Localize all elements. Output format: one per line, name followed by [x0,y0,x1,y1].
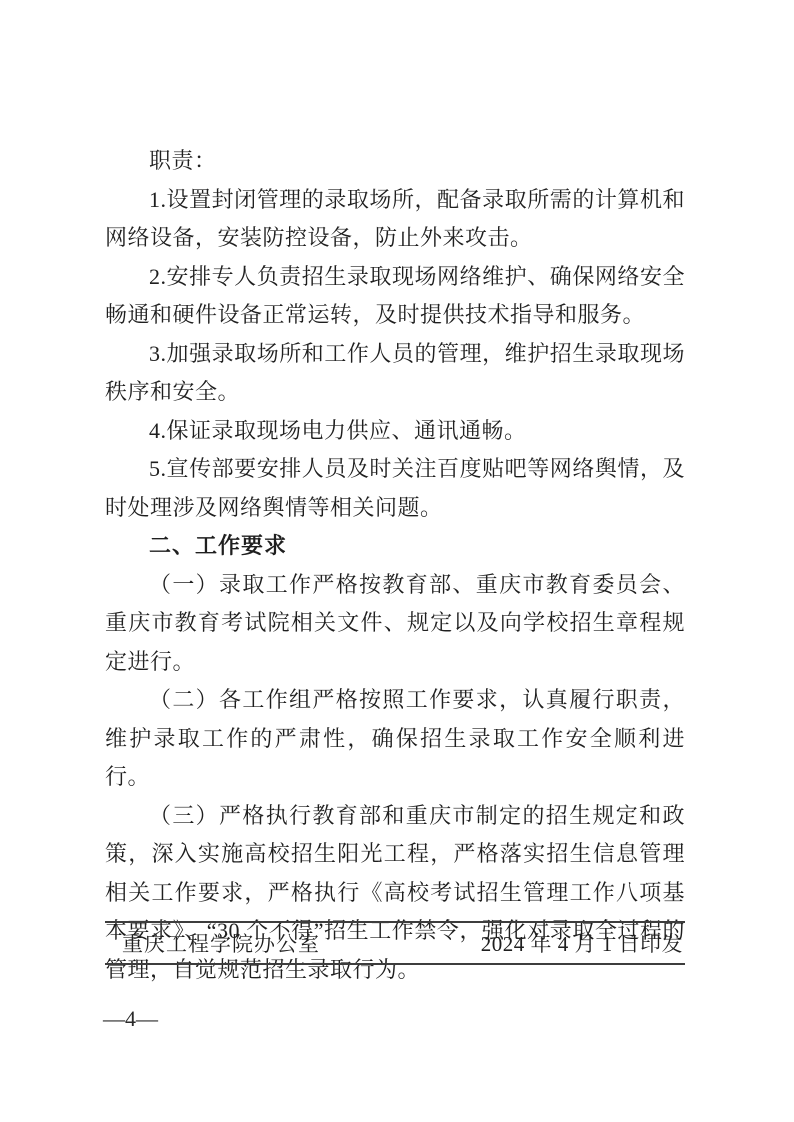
document-page: 职责： 1.设置封闭管理的录取场所，配备录取所需的计算机和网络设备，安装防控设备… [0,0,794,1122]
paragraph-duty-3: 3.加强录取场所和工作人员的管理，维护招生录取现场秩序和安全。 [105,335,685,412]
paragraph-requirement-2: （二）各工作组严格按照工作要求，认真履行职责，维护录取工作的严肃性，确保招生录取… [105,681,685,797]
paragraph-duty-2: 2.安排专人负责招生录取现场网络维护、确保网络安全畅通和硬件设备正常运转，及时提… [105,258,685,335]
document-body: 职责： 1.设置封闭管理的录取场所，配备录取所需的计算机和网络设备，安装防控设备… [105,142,685,989]
paragraph-duties-label: 职责： [105,142,685,181]
section-heading-work-requirements: 二、工作要求 [105,527,685,566]
paragraph-duty-5: 5.宣传部要安排人员及时关注百度贴吧等网络舆情，及时处理涉及网络舆情等相关问题。 [105,450,685,527]
paragraph-duty-4: 4.保证录取现场电力供应、通讯通畅。 [105,412,685,451]
paragraph-duty-1: 1.设置封闭管理的录取场所，配备录取所需的计算机和网络设备，安装防控设备，防止外… [105,181,685,258]
colophon-issuing-office: 重庆工程学院办公室 [105,928,320,958]
colophon-print-date: 2024 年 4 月 1 日印发 [481,928,685,958]
paragraph-requirement-1: （一）录取工作严格按教育部、重庆市教育委员会、重庆市教育考试院相关文件、规定以及… [105,566,685,682]
page-number: —4— [103,1006,158,1032]
document-colophon: 重庆工程学院办公室 2024 年 4 月 1 日印发 [105,921,685,965]
